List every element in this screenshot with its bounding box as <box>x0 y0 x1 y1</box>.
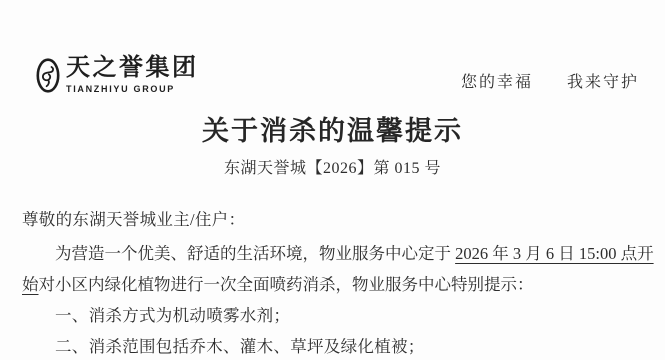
paragraph-line-2: 始对小区内绿化植物进行一次全面喷药消杀，物业服务中心特别提示： <box>22 269 655 300</box>
doc-number: 东湖天誉城【2026】第 015 号 <box>0 155 665 178</box>
company-logo: 天之誉集团 TIANZHIYU GROUP <box>36 56 199 94</box>
list-item-1: 一、消杀方式为机动喷雾水剂； <box>22 300 655 331</box>
document-body: 尊敬的东湖天誉城业主/住户： 为营造一个优美、舒适的生活环境，物业服务中心定于 … <box>0 204 665 360</box>
tianzhiyu-emblem-icon <box>36 57 60 94</box>
company-name-en: TIANZHIYU GROUP <box>66 84 199 94</box>
company-tagline: 您的幸福 我来守护 <box>461 69 639 94</box>
paragraph-intro: 为营造一个优美、舒适的生活环境，物业服务中心定于 <box>55 244 455 263</box>
salutation: 尊敬的东湖天誉城业主/住户： <box>22 204 655 235</box>
company-name: 天之誉集团 <box>66 56 199 81</box>
company-logo-text: 天之誉集团 TIANZHIYU GROUP <box>66 56 199 94</box>
tagline-right: 我来守护 <box>567 69 639 92</box>
paragraph-rest: 对小区内绿化植物进行一次全面喷药消杀，物业服务中心特别提示： <box>39 275 534 294</box>
notice-document: 天之誉集团 TIANZHIYU GROUP 您的幸福 我来守护 关于消杀的温馨提… <box>0 0 665 360</box>
paragraph-line-1: 为营造一个优美、舒适的生活环境，物业服务中心定于 2026 年 3 月 6 日 … <box>22 238 655 269</box>
page-title: 关于消杀的温馨提示 <box>0 109 665 148</box>
underlined-datetime: 2026 年 3 月 6 日 15:00 点开 <box>455 244 653 263</box>
underlined-continuation: 始 <box>22 275 39 294</box>
document-header: 天之誉集团 TIANZHIYU GROUP 您的幸福 我来守护 <box>0 0 665 94</box>
list-item-2: 二、消杀范围包括乔木、灌木、草坪及绿化植被； <box>22 331 655 360</box>
tagline-left: 您的幸福 <box>461 69 533 92</box>
